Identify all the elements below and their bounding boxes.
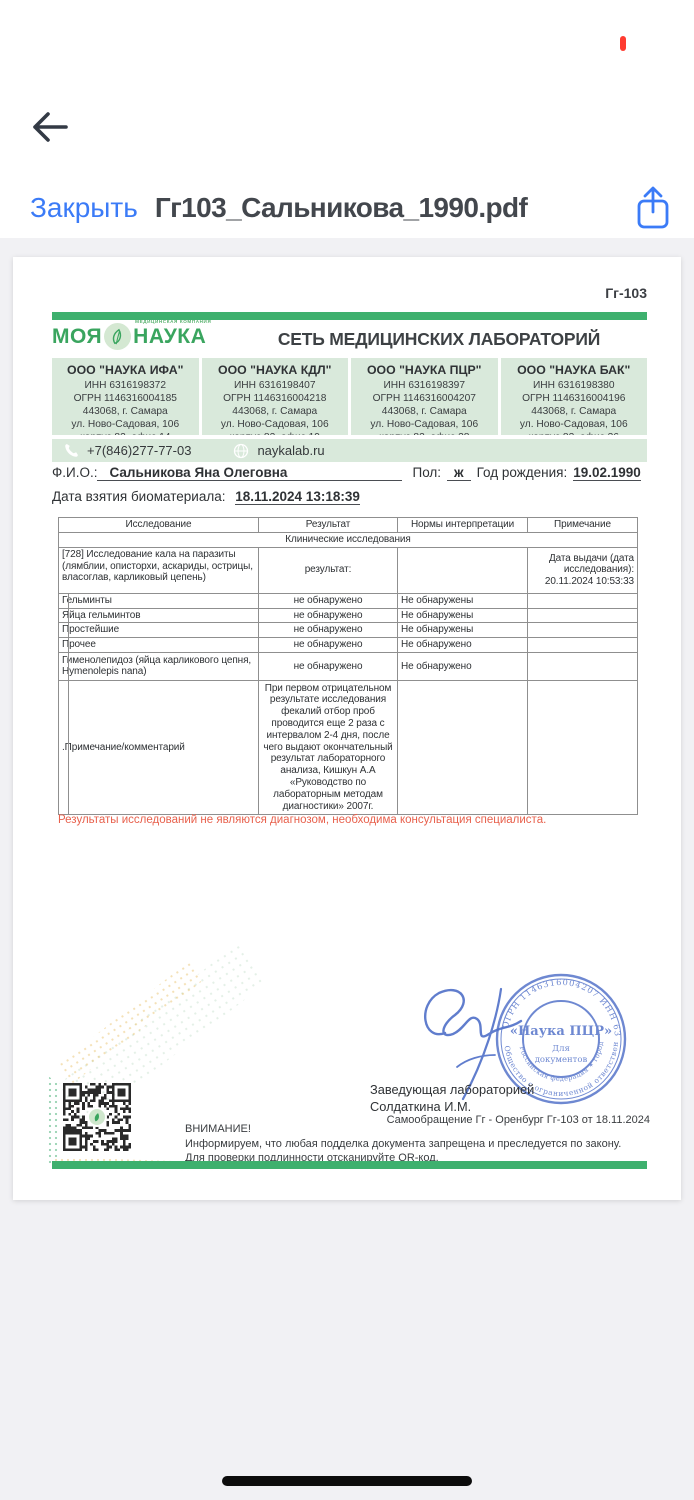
study-norms	[398, 680, 528, 814]
study-note	[528, 608, 638, 623]
sex-label: Пол:	[412, 465, 441, 480]
home-indicator[interactable]	[222, 1476, 472, 1486]
table-header-row: Исследование Результат Нормы интерпретац…	[59, 518, 638, 533]
study-note	[528, 623, 638, 638]
study-result: результат:	[259, 547, 398, 593]
company-name: ООО "НАУКА КДЛ"	[202, 363, 349, 377]
study-result: не обнаружено	[259, 638, 398, 653]
company-logo: МОЯ МЕДИЦИНСКАЯ КОМПАНИЯ НАУКА	[52, 323, 206, 350]
back-button[interactable]	[28, 106, 72, 150]
study-norms: Не обнаружены	[398, 593, 528, 608]
company-card-ifa: ООО "НАУКА ИФА" ИНН 6316198372 ОГРН 1146…	[52, 358, 199, 435]
birth-value: 19.02.1990	[573, 465, 641, 481]
company-name: ООО "НАУКА ИФА"	[52, 363, 199, 377]
globe-icon	[233, 443, 249, 459]
study-note	[528, 593, 638, 608]
study-norms: Не обнаружено	[398, 652, 528, 680]
company-details: ИНН 6316198372 ОГРН 1146316004185 443068…	[52, 379, 199, 435]
study-result: не обнаружено	[259, 593, 398, 608]
form-code: Гг-103	[605, 285, 647, 301]
section-title: Клинические исследования	[59, 533, 638, 548]
fio-label: Ф.И.О.:	[52, 465, 97, 480]
sex-value: ж	[447, 465, 471, 481]
study-name: Простейшие	[59, 623, 259, 638]
signoff-role: Заведующая лабораторией	[370, 1081, 534, 1098]
signoff-block: Заведующая лабораторией Солдаткина И.М.	[370, 1081, 534, 1115]
study-result: При первом отрицательном результате иссл…	[259, 680, 398, 814]
signoff-person: Солдаткина И.М.	[370, 1098, 534, 1115]
share-icon	[634, 184, 672, 232]
disclaimer-text: Результаты исследований не являются диаг…	[58, 814, 546, 826]
table-row: [728] Исследование кала на паразиты (лям…	[59, 547, 638, 593]
col-header-study: Исследование	[59, 518, 259, 533]
study-norms: Не обнаружено	[398, 638, 528, 653]
share-button[interactable]	[634, 184, 672, 232]
back-arrow-icon	[28, 106, 72, 150]
results-table: Исследование Результат Нормы интерпретац…	[58, 517, 638, 815]
company-card-bak: ООО "НАУКА БАК" ИНН 6316198380 ОГРН 1146…	[501, 358, 648, 435]
bottom-green-bar	[52, 1161, 647, 1169]
table-row: Простейшие не обнаружено Не обнаружены	[59, 623, 638, 638]
website: naykalab.ru	[257, 443, 324, 458]
attention-line1: Информируем, что любая подделка документ…	[185, 1138, 621, 1152]
fio-value: Сальникова Яна Олеговна	[97, 465, 402, 481]
leaf-logo-icon	[104, 323, 131, 350]
section-row: Клинические исследования	[59, 533, 638, 548]
company-name: ООО "НАУКА ПЦР"	[351, 363, 498, 377]
attention-block: ВНИМАНИЕ! Информируем, что любая подделк…	[185, 1123, 621, 1166]
sample-date-line: Дата взятия биоматериала: 18.11.2024 13:…	[52, 489, 360, 504]
pdf-viewer[interactable]: Гг-103 МОЯ МЕДИЦИНСКАЯ КОМПАНИЯ НАУКА СЕ…	[0, 238, 694, 1500]
decor-dots	[47, 1075, 59, 1171]
study-name: [728] Исследование кала на паразиты (лям…	[59, 547, 259, 593]
document-title: Гг103_Сальникова_1990.pdf	[155, 192, 634, 224]
birth-label: Год рождения:	[477, 465, 568, 480]
recording-indicator-icon	[620, 36, 626, 51]
table-row: Прочее не обнаружено Не обнаружено	[59, 638, 638, 653]
study-norms	[398, 547, 528, 593]
study-result: не обнаружено	[259, 652, 398, 680]
logo-text-nauka: НАУКА	[133, 325, 206, 348]
company-details: ИНН 6316198407 ОГРН 1146316004218 443068…	[202, 379, 349, 435]
sample-date-value: 18.11.2024 13:18:39	[235, 489, 360, 505]
study-result: не обнаружено	[259, 608, 398, 623]
network-title: СЕТЬ МЕДИЦИНСКИХ ЛАБОРАТОРИЙ	[231, 329, 647, 350]
study-result: не обнаружено	[259, 623, 398, 638]
phone-icon	[64, 443, 79, 458]
col-header-result: Результат	[259, 518, 398, 533]
study-name: Гельминты	[59, 593, 259, 608]
table-row: Гельминты не обнаружено Не обнаружены	[59, 593, 638, 608]
patient-info-line: Ф.И.О.: Сальникова Яна Олеговна Пол: ж Г…	[52, 465, 662, 481]
col-header-norms: Нормы интерпретации	[398, 518, 528, 533]
company-details: ИНН 6316198397 ОГРН 1146316004207 443068…	[351, 379, 498, 435]
company-card-pcr: ООО "НАУКА ПЦР" ИНН 6316198397 ОГРН 1146…	[351, 358, 498, 435]
qr-code	[63, 1083, 131, 1151]
table-row: .Примечание/комментарий При первом отриц…	[59, 680, 638, 814]
study-note	[528, 652, 638, 680]
close-button[interactable]: Закрыть	[30, 192, 138, 224]
logo-tagline: МЕДИЦИНСКАЯ КОМПАНИЯ	[135, 319, 211, 324]
study-norms: Не обнаружены	[398, 623, 528, 638]
company-details: ИНН 6316198380 ОГРН 1146316004196 443068…	[501, 379, 648, 435]
decor-dots	[49, 959, 213, 1085]
table-row: Яйца гельминтов не обнаружено Не обнаруж…	[59, 608, 638, 623]
sample-date-label: Дата взятия биоматериала:	[52, 489, 225, 504]
company-name: ООО "НАУКА БАК"	[501, 363, 648, 377]
table-row: Гименолепидоз (яйца карликового цепня, H…	[59, 652, 638, 680]
phone-number: +7(846)277-77-03	[87, 443, 191, 458]
study-name: Яйца гельминтов	[59, 608, 259, 623]
study-note	[528, 638, 638, 653]
study-norms: Не обнаружены	[398, 608, 528, 623]
col-header-note: Примечание	[528, 518, 638, 533]
study-name: Гименолепидоз (яйца карликового цепня, H…	[59, 652, 259, 680]
document-page: Гг-103 МОЯ МЕДИЦИНСКАЯ КОМПАНИЯ НАУКА СЕ…	[13, 257, 681, 1200]
study-name: .Примечание/комментарий	[59, 680, 259, 814]
study-name: Прочее	[59, 638, 259, 653]
study-note: Дата выдачи (дата исследования): 20.11.2…	[528, 547, 638, 593]
company-card-kdl: ООО "НАУКА КДЛ" ИНН 6316198407 ОГРН 1146…	[202, 358, 349, 435]
qr-leaf-icon	[87, 1107, 107, 1127]
logo-text-moya: МОЯ	[52, 325, 102, 349]
attention-title: ВНИМАНИЕ!	[185, 1123, 621, 1137]
pdf-toolbar: Закрыть Гг103_Сальникова_1990.pdf	[30, 184, 672, 232]
study-note	[528, 680, 638, 814]
contacts-strip: +7(846)277-77-03 naykalab.ru	[52, 439, 647, 462]
companies-grid: ООО "НАУКА ИФА" ИНН 6316198372 ОГРН 1146…	[52, 358, 647, 435]
screen: Закрыть Гг103_Сальникова_1990.pdf Гг-103…	[0, 0, 694, 1500]
